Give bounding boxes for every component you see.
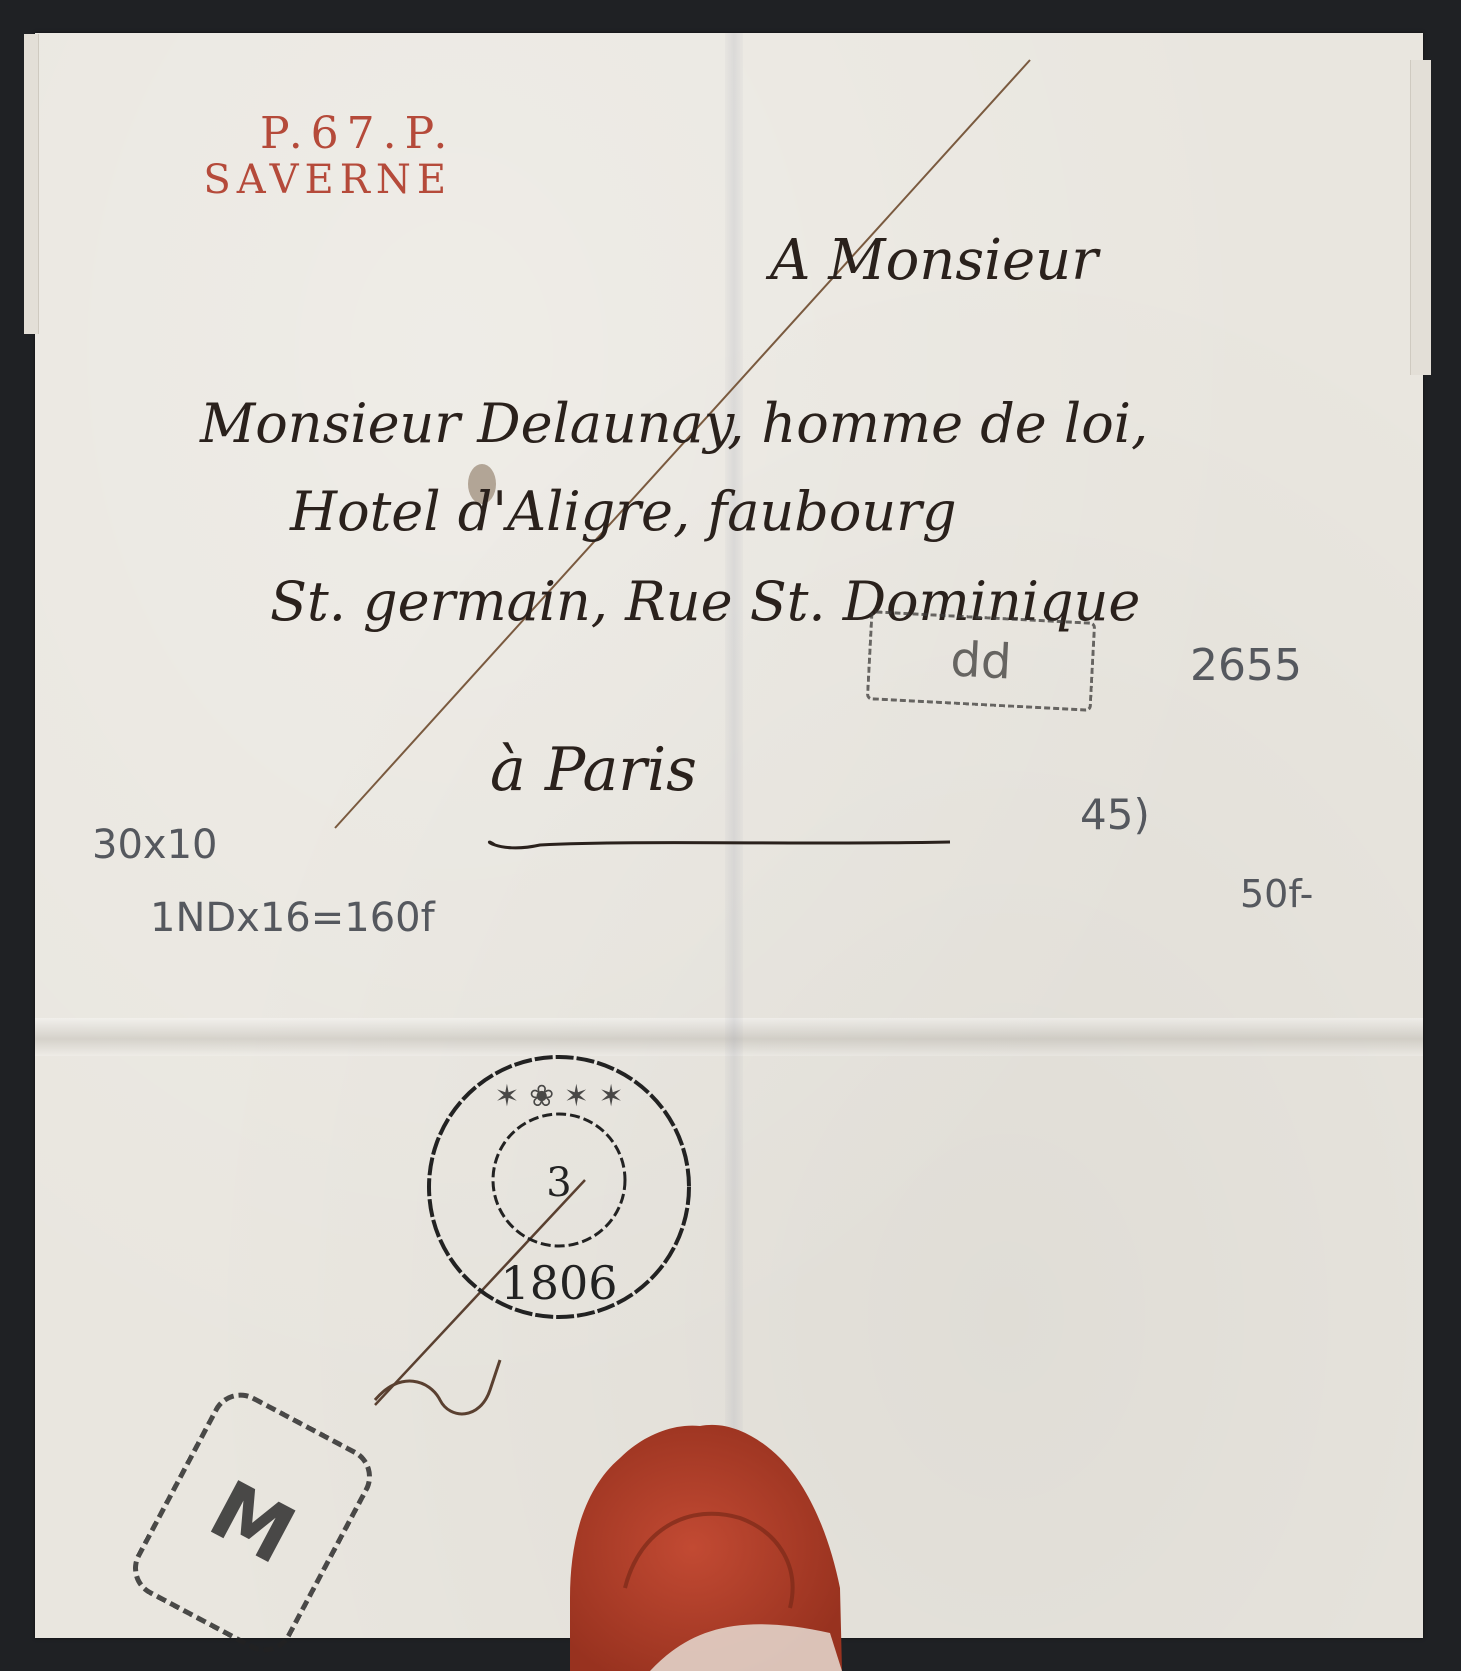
pencil-note-dimensions: 30x10 [92, 822, 217, 868]
address-line-5: à Paris [490, 735, 697, 805]
postmark-number: P.67.P. [200, 112, 455, 156]
address-line-3: Hotel d'Aligre, faubourg [290, 480, 957, 543]
svg-text:✶ ❀ ✶ ✶: ✶ ❀ ✶ ✶ [494, 1079, 623, 1114]
pencil-note-2655: 2655 [1190, 640, 1302, 691]
pencil-note-calculation: 1NDx16=160f [150, 895, 435, 941]
dated-circular-postmark: ✶ ❀ ✶ ✶ 3 1806 [420, 1048, 698, 1326]
boxed-handstamp: dd [866, 610, 1096, 712]
pencil-note-price: 50f- [1240, 872, 1313, 916]
origin-postmark: P.67.P. SAVERNE [200, 112, 455, 200]
address-line-1: A Monsieur [770, 228, 1098, 293]
date-stamp-year: 1806 [420, 1256, 698, 1310]
address-line-2: Monsieur Delaunay, homme de loi, [200, 392, 1148, 455]
date-stamp-day: 3 [420, 1160, 698, 1206]
pencil-note-45: 45) [1080, 790, 1150, 839]
postmark-town: SAVERNE [200, 160, 455, 200]
red-wax-seal [530, 1418, 870, 1671]
